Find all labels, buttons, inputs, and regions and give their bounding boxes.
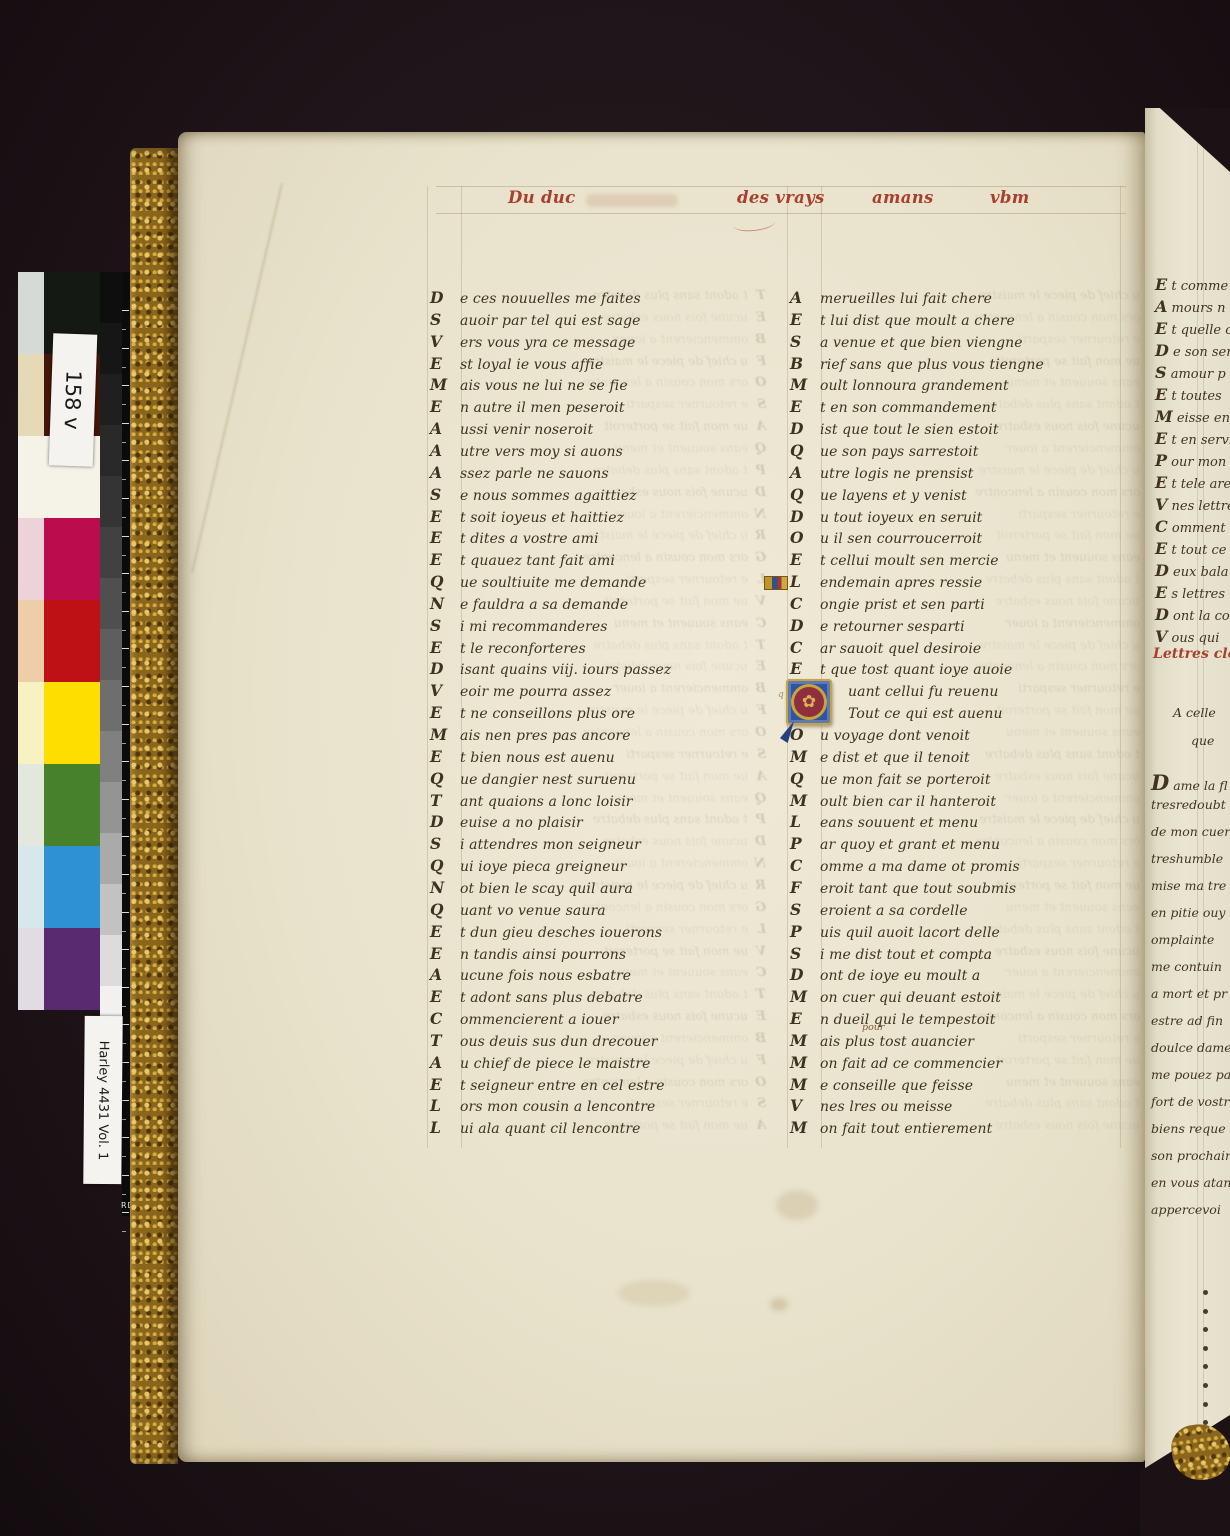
ruler-tick (122, 1024, 129, 1025)
verse-text: ers vous yra ce message (460, 335, 635, 351)
verse-text: t soit ioyeus et haittiez (460, 510, 624, 526)
grayscale-step-1 (100, 272, 122, 323)
verse-line: Vers vous yra ce message (430, 332, 635, 354)
ruler-tick (122, 912, 129, 913)
gilt-book-edge (130, 148, 178, 1464)
verse-text: eroit tant que tout soubmis (820, 881, 1016, 897)
ruler-tick-minor (122, 1043, 126, 1044)
verse-line: Dist que tout le sien estoit (790, 419, 999, 441)
ruler-tick (122, 1100, 129, 1101)
verse-initial: E (430, 354, 460, 373)
verse-line: Que son pays sarrestoit (790, 441, 978, 463)
verse-line: En tandis ainsi pourrons (430, 944, 626, 966)
verse-line: Mais nen pres pas ancore (430, 725, 631, 747)
ruler-tick (122, 799, 129, 800)
verse-initial: E (430, 638, 460, 657)
next-folio-prose-line: biens reque (1151, 1121, 1230, 1136)
tint-patch-green (18, 764, 44, 846)
verse-initial: D (790, 616, 820, 635)
verse-initial: T (430, 1031, 460, 1050)
verse-initial: F (790, 878, 820, 897)
verse-line: Aussi venir noseroit (430, 419, 593, 441)
page-edge-dot (1203, 1290, 1208, 1295)
verse-initial: E (790, 1009, 820, 1028)
solid-patch-blue (44, 846, 100, 928)
ruler-tick-minor (122, 1231, 126, 1232)
verse-line: Tant quaions a lonc loisir (430, 791, 633, 813)
verse-line: Disant quains viij. iours passez (430, 659, 671, 681)
verse-text: ongie prist et sen parti (820, 597, 985, 613)
verse-line: Et lui dist que moult a chere (790, 310, 1015, 332)
ruler-tick-minor (122, 705, 126, 706)
verse-line: Sa venue et que bien viengne (790, 332, 1023, 354)
verse-initial: O (790, 725, 820, 744)
verse-line: Du tout ioyeux en seruit (790, 507, 982, 529)
solid-patch-yellow (44, 682, 100, 764)
next-folio-verse-line: D e son serf (1155, 341, 1230, 360)
solid-patch-purple (44, 928, 100, 1010)
next-folio-verse-line: E s lettres (1155, 583, 1230, 602)
verse-initial: E (430, 944, 460, 963)
ruler-tick (122, 836, 129, 837)
verse-initial: Q (790, 769, 820, 788)
verse-text: i mi recommanderes (460, 619, 608, 635)
verse-text: ommencierent a iouer (460, 1012, 619, 1028)
verse-line: Et en son commandement (790, 397, 997, 419)
verse-initial: E (790, 397, 820, 416)
verse-text: ais plus tost auancier (820, 1034, 974, 1050)
photograph-backdrop: 1234567891011121314151617181920212223242… (0, 0, 1230, 1536)
solid-patch-magenta (44, 518, 100, 600)
grayscale-step-3 (100, 374, 122, 425)
next-folio-prose-line: appercevoi (1151, 1202, 1230, 1217)
tint-patch-black (18, 272, 44, 354)
parchment-stain (618, 1280, 690, 1306)
verse-initial: P (790, 922, 820, 941)
verse-initial: M (790, 1118, 820, 1137)
ruler-tick-minor (122, 743, 126, 744)
verse-initial: E (430, 987, 460, 1006)
verse-initial: L (790, 572, 820, 591)
next-folio-verse-line: E t tele are (1155, 473, 1230, 492)
verse-text: ue dangier nest suruenu (460, 772, 636, 788)
verse-text: u tout ioyeux en seruit (820, 510, 982, 526)
next-folio-edge: E t commeA mours nE t quelle oD e son se… (1145, 108, 1230, 1492)
verse-line: Me dist et que il tenoit (790, 747, 970, 769)
verse-line: Ou voyage dont venoit (790, 725, 970, 747)
verse-text: t adont sans plus debatre (460, 990, 643, 1006)
verse-line: Tous deuis sus dun drecouer (430, 1031, 658, 1053)
ruler-tick-minor (122, 1006, 126, 1007)
header-word: Du duc (508, 188, 575, 207)
verse-text: eans souuent et menu (820, 815, 978, 831)
ruler-tick (122, 987, 129, 988)
tint-patch-dark-brown (18, 354, 44, 436)
ruler-tick-minor (122, 968, 126, 969)
ruler-tick (122, 648, 129, 649)
next-folio-prose-line: son prochain (1151, 1148, 1230, 1163)
verse-initial: D (430, 288, 460, 307)
verse-line: Dont de ioye eu moult a (790, 965, 980, 987)
verse-text: i attendres mon seigneur (460, 837, 641, 853)
ruler-tick-minor (122, 404, 126, 405)
ruler-tick-minor (122, 592, 126, 593)
tint-patch-purple (18, 928, 44, 1010)
next-folio-verse-line: C omment (1155, 517, 1230, 536)
verse-text: ui ala quant cil lencontre (460, 1121, 641, 1137)
next-folio-verse-line: E t comme (1155, 275, 1230, 294)
verse-line: Comme a ma dame ot promis (790, 856, 1020, 878)
verse-text: ssez parle ne sauons (460, 466, 609, 482)
verse-initial: C (790, 856, 820, 875)
verse-line: Que mon fait se porteroit (790, 769, 991, 791)
verse-initial: M (790, 1053, 820, 1072)
verse-text: n autre il men peseroit (460, 400, 625, 416)
verse-text: ors mon cousin a lencontre (460, 1099, 655, 1115)
grayscale-step-14 (100, 935, 122, 986)
verse-text: ont de ioye eu moult a (820, 968, 980, 984)
ruler-tick (122, 460, 129, 461)
verse-line: Et dun gieu desches iouerons (430, 922, 662, 944)
verse-text: t bien nous est auenu (460, 750, 615, 766)
verse-text: utre vers moy si auons (460, 444, 623, 460)
volume-label: Harley 4431 Vol. 1 (83, 1016, 122, 1184)
page-edge-dot (1203, 1327, 1208, 1332)
tint-patch-column (18, 272, 44, 1010)
verse-text: t dites a vostre ami (460, 531, 599, 547)
verse-text: isant quains viij. iours passez (460, 662, 671, 678)
verse-text: t quauez tant fait ami (460, 553, 615, 569)
verse-initial: D (430, 659, 460, 678)
verse-line: Se nous sommes agaittiez (430, 485, 637, 507)
verse-text: t dun gieu desches iouerons (460, 925, 662, 941)
verse-text: ussi venir noseroit (460, 422, 593, 438)
next-folio-prose-line: me contuin (1151, 959, 1230, 974)
verse-text: n dueil qui le tempestoit (820, 1012, 996, 1028)
next-folio-prose-line: en vous atan (1151, 1175, 1230, 1190)
next-folio-rubric: Lettres clo (1153, 646, 1230, 662)
verse-text: t le reconforteres (460, 641, 586, 657)
verse-line: Aucune fois nous esbatre (430, 965, 631, 987)
next-folio-verse-line: D eux bala (1155, 561, 1230, 580)
verse-line: Vnes lres ou meisse (790, 1096, 952, 1118)
verse-text: t seigneur entre en cel estre (460, 1078, 665, 1094)
next-folio-verse-line: V ous qui (1155, 627, 1230, 646)
verse-column-left: De ces nouuelles me faitesSauoir par tel… (430, 288, 780, 1148)
verse-initial: C (430, 1009, 460, 1028)
verse-initial: Q (430, 900, 460, 919)
solid-patch-green (44, 764, 100, 846)
verse-text: uant cellui fu reuenu (848, 684, 999, 700)
next-folio-prose-line: estre ad fin (1151, 1013, 1230, 1028)
verse-line: Par quoy et grant et menu (790, 834, 1000, 856)
verse-initial: V (430, 332, 460, 351)
verse-initial: E (790, 659, 820, 678)
verse-initial: P (790, 834, 820, 853)
verse-initial: V (790, 1096, 820, 1115)
verse-line: Veoir me pourra assez (430, 681, 611, 703)
verse-line: Lendemain apres ressie (790, 572, 982, 594)
verse-line: Car sauoit quel desiroie (790, 638, 981, 660)
verse-initial: N (430, 878, 460, 897)
verse-initial: E (430, 922, 460, 941)
verse-text: ous deuis sus dun drecouer (460, 1034, 658, 1050)
verse-line: Leans souuent et menu (790, 812, 978, 834)
verse-text: n tandis ainsi pourrons (460, 947, 626, 963)
verse-line: Puis quil auoit lacort delle (790, 922, 1000, 944)
verse-text: e dist et que il tenoit (820, 750, 970, 766)
verse-initial: E (430, 1075, 460, 1094)
verse-text: t ne conseillons plus ore (460, 706, 635, 722)
grayscale-step-10 (100, 731, 122, 782)
ruler-tick (122, 1062, 129, 1063)
verse-text: eoir me pourra assez (460, 684, 611, 700)
verse-initial: E (430, 703, 460, 722)
verse-line: Lors mon cousin a lencontre (430, 1096, 655, 1118)
verse-initial: M (790, 1075, 820, 1094)
ruler-tick-minor (122, 479, 126, 480)
verse-line: Sauoir par tel qui est sage (430, 310, 641, 332)
ruler-tick (122, 724, 129, 725)
verse-initial: A (790, 288, 820, 307)
verse-text: omme a ma dame ot promis (820, 859, 1020, 875)
next-folio-verse-line: V nes lettre (1155, 495, 1230, 514)
verse-initial: A (430, 441, 460, 460)
verse-initial: S (790, 944, 820, 963)
verse-line: Et soit ioyeus et haittiez (430, 507, 624, 529)
verse-initial: C (790, 638, 820, 657)
verse-line: Et le reconforteres (430, 638, 586, 660)
ruler-tick (122, 949, 129, 950)
erased-word-smudge (586, 194, 678, 207)
verse-line: Mais vous ne lui ne se fie (430, 375, 628, 397)
rubric-flourish (732, 214, 775, 233)
verse-text: nes lres ou meisse (820, 1099, 952, 1115)
verse-text: i me dist tout et compta (820, 947, 992, 963)
verse-column-right: Amerueilles lui fait chereEt lui dist qu… (790, 288, 1140, 1148)
verse-line: Moult bien car il hanteroit (790, 791, 996, 813)
verse-initial: E (790, 550, 820, 569)
ruler-tick-minor (122, 1081, 126, 1082)
verse-line: Mon fait tout entierement (790, 1118, 992, 1140)
verse-initial: S (790, 332, 820, 351)
verse-text: e fauldra a sa demande (460, 597, 628, 613)
verse-initial: S (430, 616, 460, 635)
next-folio-prose-line: en pitie ouy (1151, 905, 1230, 920)
verse-text: e retourner sesparti (820, 619, 965, 635)
verse-text: on cuer qui deuant estoit (820, 990, 1001, 1006)
page-edge-dot (1203, 1346, 1208, 1351)
next-folio-verse-line: M eisse en b (1155, 407, 1230, 426)
verse-line: Qui ioye pieca greigneur (430, 856, 627, 878)
verse-initial: L (790, 812, 820, 831)
verse-text: eroient a sa cordelle (820, 903, 968, 919)
verse-initial: D (430, 812, 460, 831)
next-folio-verse-line: E t quelle o (1155, 319, 1230, 338)
verse-text: u voyage dont venoit (820, 728, 970, 744)
verse-initial: L (430, 1118, 460, 1137)
verse-text: utre logis ne prensist (820, 466, 973, 482)
verse-text: t que tost quant ioye auoie (820, 662, 1012, 678)
verse-text: ue soultiuite me demande (460, 575, 646, 591)
ruler-tick-minor (122, 1119, 126, 1120)
verse-text: e conseille que feisse (820, 1078, 973, 1094)
verse-initial: E (790, 310, 820, 329)
ruling-line (427, 186, 428, 1148)
parchment-crease (191, 183, 283, 573)
next-folio-prose-line: A celle (1173, 705, 1230, 720)
grayscale-step-13 (100, 884, 122, 935)
verse-line: En autre il men peseroit (430, 397, 625, 419)
next-folio-verse-line: A mours n (1155, 297, 1230, 316)
verse-line: Feroit tant que tout soubmis (790, 878, 1016, 900)
next-folio-prose-line: treshumble (1151, 851, 1230, 866)
verse-text: t cellui moult sen mercie (820, 553, 999, 569)
verse-initial: S (790, 900, 820, 919)
verse-text: ar quoy et grant et menu (820, 837, 1000, 853)
verse-initial: T (430, 791, 460, 810)
verse-line: Not bien le scay quil aura (430, 878, 633, 900)
verse-initial: A (430, 1053, 460, 1072)
ruler-tick-minor (122, 1156, 126, 1157)
ruler-tick (122, 686, 129, 687)
verse-initial: Q (430, 856, 460, 875)
verse-initial: D (790, 507, 820, 526)
verse-initial: M (790, 1031, 820, 1050)
guide-letter: q (778, 690, 784, 700)
verse-initial: C (790, 594, 820, 613)
verse-line: Mon cuer qui deuant estoit (790, 987, 1001, 1009)
verse-initial: A (430, 419, 460, 438)
ruler-tick-minor (122, 855, 126, 856)
next-folio-prose-line: tresredoubt (1151, 797, 1230, 812)
verse-line: Et dites a vostre ami (430, 528, 599, 550)
verse-text: ue son pays sarrestoit (820, 444, 978, 460)
ruler-tick-minor (122, 329, 126, 330)
next-folio-verse-line: E t tout ce (1155, 539, 1230, 558)
tint-patch-white (18, 436, 44, 518)
verse-line: Et cellui moult sen mercie (790, 550, 999, 572)
verse-text: uant vo venue saura (460, 903, 606, 919)
verse-line: Si me dist tout et compta (790, 944, 992, 966)
next-folio-verse-line: S amour p (1155, 363, 1230, 382)
next-folio-prose-line: doulce dame (1151, 1040, 1230, 1055)
verse-initial: D (790, 419, 820, 438)
verse-text: st loyal ie vous affie (460, 357, 603, 373)
ruler-tick-minor (122, 555, 126, 556)
verse-line: Et bien nous est auenu (430, 747, 615, 769)
next-folio-verse-line: E t en servi (1155, 429, 1230, 448)
verse-text: ue layens et y venist (820, 488, 967, 504)
tint-patch-magenta (18, 518, 44, 600)
verse-line: Me conseille que feisse (790, 1075, 973, 1097)
ruler-tick-minor (122, 931, 126, 932)
verse-line: Que soultiuite me demande (430, 572, 646, 594)
verse-initial: M (790, 375, 820, 394)
parchment-stain (776, 1190, 818, 1220)
next-folio-verse-line: P our mon (1155, 451, 1230, 470)
verse-line: Assez parle ne sauons (430, 463, 609, 485)
verse-initial: E (430, 397, 460, 416)
verse-line: Ne fauldra a sa demande (430, 594, 628, 616)
verse-initial: A (430, 965, 460, 984)
verse-initial: B (790, 354, 820, 373)
grayscale-step-6 (100, 527, 122, 578)
ruler-tick (122, 536, 129, 537)
verse-line: Mais plus tost auancier (790, 1031, 974, 1053)
verse-line: Et ne conseillons plus ore (430, 703, 635, 725)
grayscale-step-11 (100, 782, 122, 833)
ruler-tick-minor (122, 893, 126, 894)
verse-line: Brief sans que plus vous tiengne (790, 354, 1044, 376)
ruler-tick (122, 761, 129, 762)
verse-text: e nous sommes agaittiez (460, 488, 637, 504)
verse-initial: A (430, 463, 460, 482)
verse-initial: Q (430, 572, 460, 591)
verse-text: t en son commandement (820, 400, 997, 416)
verse-line: Quant vo venue saura (430, 900, 606, 922)
verse-line: Et seigneur entre en cel estre (430, 1075, 665, 1097)
grayscale-step-12 (100, 833, 122, 884)
ruler-tick (122, 310, 129, 311)
ruler-tick (122, 348, 129, 349)
verse-initial: E (430, 550, 460, 569)
next-folio-prose-line: mise ma tre (1151, 878, 1230, 893)
grayscale-wedge (100, 272, 122, 1037)
verse-initial: S (430, 834, 460, 853)
verse-initial: V (430, 681, 460, 700)
verse-line: Autre vers moy si auons (430, 441, 623, 463)
verse-line: Que layens et y venist (790, 485, 967, 507)
verse-initial: M (790, 747, 820, 766)
next-folio-verse-line: D ont la co (1155, 605, 1230, 624)
ruler-tick (122, 573, 129, 574)
verse-initial: A (790, 463, 820, 482)
tint-patch-blue (18, 846, 44, 928)
verse-initial: E (430, 507, 460, 526)
ruler-tick (122, 1137, 129, 1138)
verse-line: Au chief de piece le maistre (430, 1053, 651, 1075)
verse-line: Et quauez tant fait ami (430, 550, 615, 572)
ruler-tick (122, 498, 129, 499)
grayscale-step-4 (100, 425, 122, 476)
verse-text: auoir par tel qui est sage (460, 313, 641, 329)
verse-text: u il sen courroucerroit (820, 531, 982, 547)
verse-initial: M (790, 987, 820, 1006)
running-header: Du duc des vrays amans vbm (178, 182, 1145, 222)
verse-text: uis quil auoit lacort delle (820, 925, 1000, 941)
next-folio-prose-line: que (1191, 733, 1230, 748)
verse-line: Et adont sans plus debatre (430, 987, 643, 1009)
ruler-tick (122, 1212, 129, 1213)
ruler-tick-minor (122, 517, 126, 518)
next-folio-prose-line: D ame la fl (1151, 770, 1230, 795)
verse-initial: E (430, 747, 460, 766)
header-word: vbm (990, 188, 1029, 207)
next-folio-verse-line: E t toutes (1155, 385, 1230, 404)
ruler-tick-minor (122, 442, 126, 443)
verse-line: Amerueilles lui fait chere (790, 288, 992, 310)
verse-initial: O (790, 528, 820, 547)
verse-line: Ou il sen courroucerroit (790, 528, 982, 550)
ruler-tick (122, 385, 129, 386)
verse-line: Commencierent a iouer (430, 1009, 619, 1031)
verse-text: u chief de piece le maistre (460, 1056, 651, 1072)
header-word: amans (872, 188, 934, 207)
verse-text: euise a no plaisir (460, 815, 583, 831)
ruler-tick-minor (122, 667, 126, 668)
verse-line: Si mi recommanderes (430, 616, 608, 638)
